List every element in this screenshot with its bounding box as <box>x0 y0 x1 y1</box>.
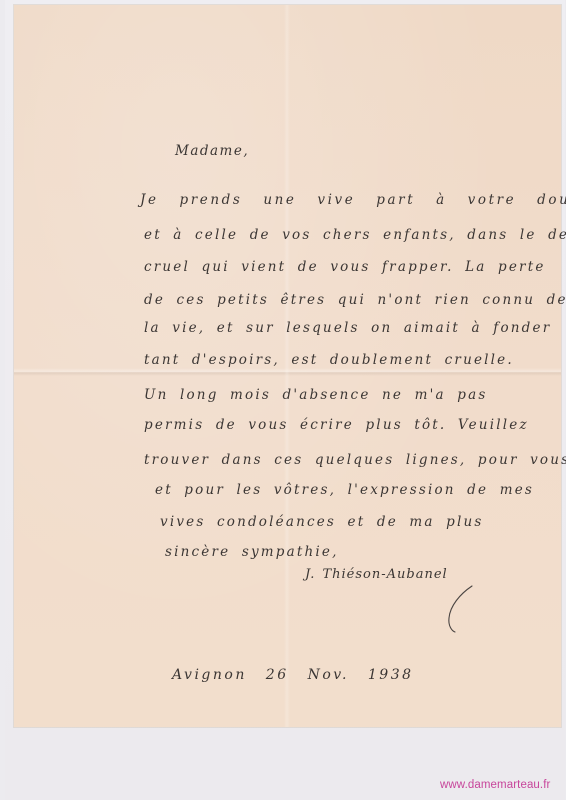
letter-line-8: permis de vous écrire plus tôt. Veuillez <box>144 417 529 433</box>
letter-line-3: cruel qui vient de vous frapper. La pert… <box>144 259 546 275</box>
letter-line-4: de ces petits êtres qui n'ont rien connu… <box>144 292 566 308</box>
letter-line-12: sincère sympathie, <box>165 544 339 560</box>
letter-salutation: Madame, <box>175 143 249 159</box>
letter-line-7: Un long mois d'absence ne m'a pas <box>144 387 487 403</box>
signature-flourish-icon <box>446 584 476 634</box>
letter-line-10: et pour les vôtres, l'expression de mes <box>155 482 534 498</box>
website-watermark: www.damemarteau.fr <box>440 779 550 791</box>
letter-line-1: Je prends une vive part à votre douleur <box>140 192 566 208</box>
letter-line-11: vives condoléances et de ma plus <box>160 514 484 530</box>
letter-line-6: tant d'espoirs, est doublement cruelle. <box>144 352 514 368</box>
letter-signature: J. Thiéson-Aubanel <box>305 567 448 582</box>
letter-line-2: et à celle de vos chers enfants, dans le… <box>144 227 566 243</box>
letter-place-date: Avignon 26 Nov. 1938 <box>172 667 414 683</box>
letter-line-5: la vie, et sur lesquels on aimait à fond… <box>144 320 551 336</box>
letter-line-9: trouver dans ces quelques lignes, pour v… <box>144 452 566 468</box>
